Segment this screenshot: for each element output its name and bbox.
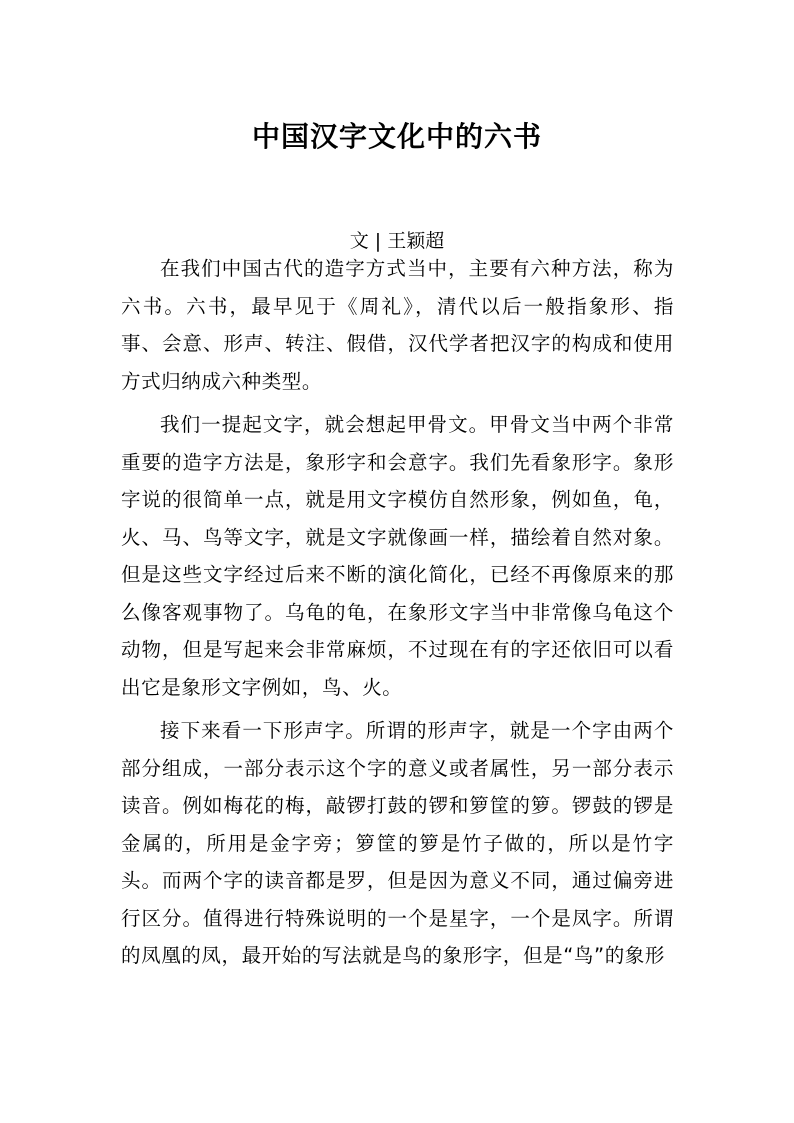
paragraph-1: 在我们中国古代的造字方式当中，主要有六种方法，称为六书。六书，最早见于《周礼》，… [121,250,674,400]
document-body: 在我们中国古代的造字方式当中，主要有六种方法，称为六书。六书，最早见于《周礼》，… [121,250,674,975]
paragraph-2: 我们一提起文字，就会想起甲骨文。甲骨文当中两个非常重要的造字方法是，象形字和会意… [121,406,674,706]
document-page: 中国汉字文化中的六书 文 | 王颖超 在我们中国古代的造字方式当中，主要有六种方… [0,0,794,1123]
paragraph-3: 接下来看一下形声字。所谓的形声字，就是一个字由两个部分组成，一部分表示这个字的意… [121,712,674,975]
document-title: 中国汉字文化中的六书 [0,118,794,156]
